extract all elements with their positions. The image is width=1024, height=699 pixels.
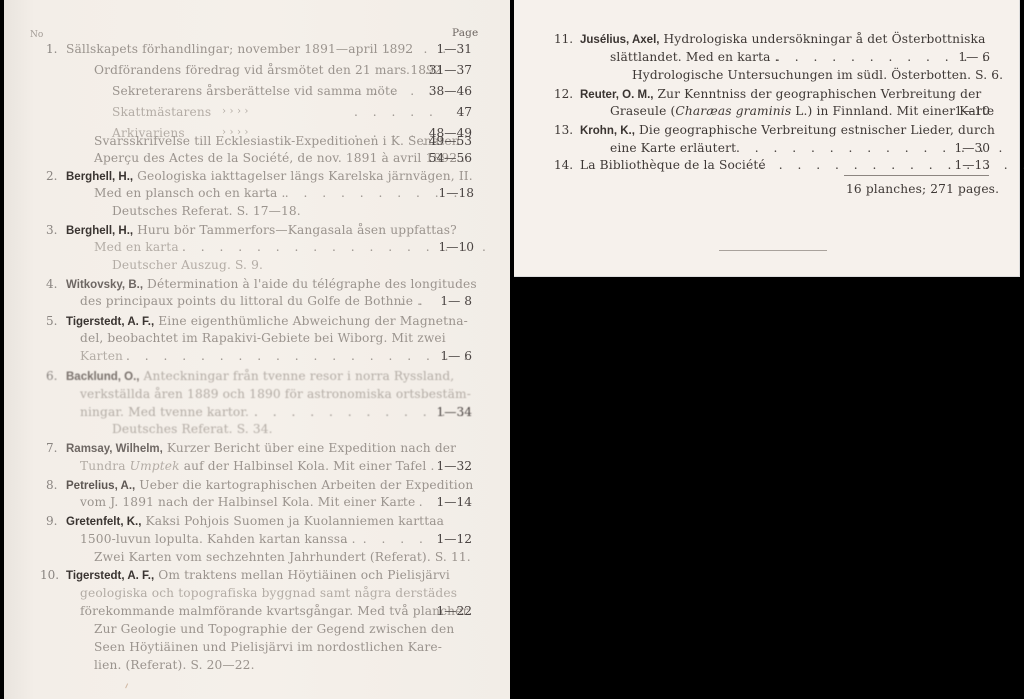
entry-number: 5. [46, 313, 57, 329]
entry-title: Anteckningar från tvenne resor i norra R… [144, 369, 455, 383]
entry-title: Om traktens mellan Höytiäinen och Pielis… [158, 568, 450, 582]
page-range: 1—13 [930, 157, 990, 173]
page-range: 1—31 [412, 41, 472, 57]
author-name: Petrelius, A., [66, 480, 135, 492]
entry-number: 10. [40, 567, 59, 583]
entry-text: Deutsches Referat. S. 34. [112, 421, 273, 437]
entry-text: Med en plansch och en karta . [94, 185, 285, 201]
entry-text: Ordförandens föredrag vid årsmötet den 2… [94, 62, 442, 78]
total-rule [844, 175, 989, 176]
entry-text: Deutsches Referat. S. 17—18. [112, 203, 301, 219]
entry-title-line: Tigerstedt, A. F., Om traktens mellan Hö… [66, 567, 450, 584]
page-range: 31—37 [412, 62, 472, 78]
entry-text: Zur Geologie und Topographie der Gegend … [94, 621, 454, 637]
author-name: Tigerstedt, A. F., [66, 570, 154, 582]
page-range: 1— 8 [412, 293, 472, 309]
entry-number: 8. [46, 477, 57, 493]
entry-text: lien. (Referat). S. 20—22. [94, 657, 255, 673]
entry-text: geologiska och topografiska byggnad samt… [80, 585, 457, 601]
entry-text: Tundra Umptek auf der Halbinsel Kola. Mi… [80, 458, 435, 474]
page-range: 1—12 [412, 531, 472, 547]
entry-text: eine Karte erläutert [610, 140, 736, 156]
entry-title: La Bibliothèque de la Société [580, 157, 766, 173]
entry-title-line: Berghell, H., Huru bör Tammerfors—Kangas… [66, 222, 457, 239]
page-range: 1—30 [930, 140, 990, 156]
entry-title-line: Ramsay, Wilhelm, Kurzer Bericht über ein… [66, 440, 456, 457]
entry-title-line: Krohn, K., Die geographische Verbreitung… [580, 122, 995, 139]
entry-number: 3. [46, 222, 57, 238]
page-range: 1— 6 [930, 49, 990, 65]
ditto-marks: › › › › [222, 104, 249, 120]
author-name: Berghell, H., [66, 171, 133, 183]
author-name: Witkovsky, B., [66, 279, 143, 291]
entry-title-line: Berghell, H., Geologiska iakttagelser lä… [66, 168, 473, 185]
author-name: Krohn, K., [580, 125, 635, 137]
entry-number: 14. [554, 157, 573, 173]
entry-text: Aperçu des Actes de la Société, de nov. … [94, 150, 465, 166]
entry-number: 11. [554, 31, 573, 47]
entry-text: slättlandet. Med en karta . [610, 49, 779, 65]
entry-title: Kaksi Pohjois Suomen ja Kuolanniemen kar… [145, 514, 444, 528]
page-range: 38—46 [412, 83, 472, 99]
page-range: 1—32 [412, 458, 472, 474]
page-range: 1—22 [412, 603, 472, 619]
entry-number: 1. [46, 41, 57, 57]
page-range: 1—18 [414, 185, 474, 201]
entry-title-line: Gretenfelt, K., Kaksi Pohjois Suomen ja … [66, 513, 444, 530]
entry-title: Hydrologiska undersökningar å det Österb… [664, 32, 986, 46]
entry-text: ningar. Med tvenne kartor. [80, 404, 249, 420]
page-range: 1—10 [414, 239, 474, 255]
header-no: No [30, 27, 43, 43]
entry-text: 1500-luvun lopulta. Kahden kartan kanssa… [80, 531, 356, 547]
entry-title-line: Jusélius, Axel, Hydrologiska undersöknin… [580, 31, 985, 48]
author-name: Backlund, O., [66, 371, 140, 383]
page-mark [125, 683, 131, 689]
entry-title-line: Witkovsky, B., Détermination à l'aide du… [66, 276, 477, 293]
entry-title-line: Reuter, O. M., Zur Kenntniss der geograp… [580, 86, 981, 103]
end-rule [719, 250, 827, 251]
right-page: 11. Jusélius, Axel, Hydrologiska undersö… [514, 0, 1020, 277]
entry-number: 6. [46, 368, 57, 384]
entry-title: Ueber die kartographischen Arbeiten der … [139, 478, 473, 492]
page-range: 1—14 [412, 494, 472, 510]
entry-text: des principaux points du littoral du Gol… [80, 293, 421, 309]
entry-title: Détermination à l'aide du télégraphe des… [147, 277, 477, 291]
author-name: Reuter, O. M., [580, 89, 654, 101]
entry-title-line: Backlund, O., Anteckningar från tvenne r… [66, 368, 454, 385]
entry-title: Huru bör Tammerfors—Kangasala åsen uppfa… [137, 223, 457, 237]
entry-text: Med en karta [94, 239, 179, 255]
entry-text: vom J. 1891 nach der Halbinsel Kola. Mit… [80, 494, 415, 510]
entry-text: Skattmästarens [112, 104, 211, 120]
entry-text: verkställda åren 1889 och 1890 för astro… [80, 386, 471, 402]
author-name: Gretenfelt, K., [66, 516, 141, 528]
entry-text: Svarsskrifvelse till Ecklesiastik-Expedi… [94, 133, 460, 149]
left-page: No Page 1. Sällskapets förhandlingar; no… [4, 0, 510, 699]
author-name: Berghell, H., [66, 225, 133, 237]
entry-number: 13. [554, 122, 573, 138]
entry-title: Zur Kenntniss der geographischen Verbrei… [658, 87, 982, 101]
header-page: Page [452, 25, 478, 41]
author-name: Ramsay, Wilhelm, [66, 443, 163, 455]
page-range: 1— 6 [412, 348, 472, 364]
page-range: 1—10 [930, 103, 990, 119]
entry-title-line: Petrelius, A., Ueber die kartographische… [66, 477, 473, 494]
entry-text: Sällskapets förhandlingar; november 1891… [66, 41, 413, 57]
italic-term: Umptek [130, 459, 180, 473]
italic-term: Charæas graminis [675, 104, 791, 118]
entry-title: Kurzer Bericht über eine Expedition nach… [167, 441, 456, 455]
entry-text: del, beobachtet im Rapakivi-Gebiete bei … [80, 330, 446, 346]
entry-title: Die geographische Verbreitung estnischer… [639, 123, 995, 137]
entry-number: 7. [46, 440, 57, 456]
total-summary: 16 planches; 271 pages. [846, 181, 999, 197]
entry-text: Hydrologische Untersuchungen im südl. Ös… [632, 67, 1003, 83]
entry-title: Eine eigenthümliche Abweichung der Magne… [158, 314, 468, 328]
entry-text: Zwei Karten vom sechzehnten Jahrhundert … [94, 549, 471, 565]
page-range: 47 [412, 104, 472, 120]
entry-number: 12. [554, 86, 573, 102]
entry-number: 9. [46, 513, 57, 529]
entry-text: Seen Höytiäinen und Pielisjärvi im nordo… [94, 639, 442, 655]
author-name: Jusélius, Axel, [580, 34, 659, 46]
page-range: 49—53 [412, 133, 472, 149]
page-range: 54—56 [412, 150, 472, 166]
entry-number: 4. [46, 276, 57, 292]
entry-title-line: Tigerstedt, A. F., Eine eigenthümliche A… [66, 313, 468, 330]
entry-text: Karten [80, 348, 123, 364]
entry-text: Deutscher Auszug. S. 9. [112, 257, 263, 273]
author-name: Tigerstedt, A. F., [66, 316, 154, 328]
entry-title: Geologiska iakttagelser längs Karelska j… [137, 169, 473, 183]
page-range: 1—34 [412, 404, 472, 420]
entry-number: 2. [46, 168, 57, 184]
